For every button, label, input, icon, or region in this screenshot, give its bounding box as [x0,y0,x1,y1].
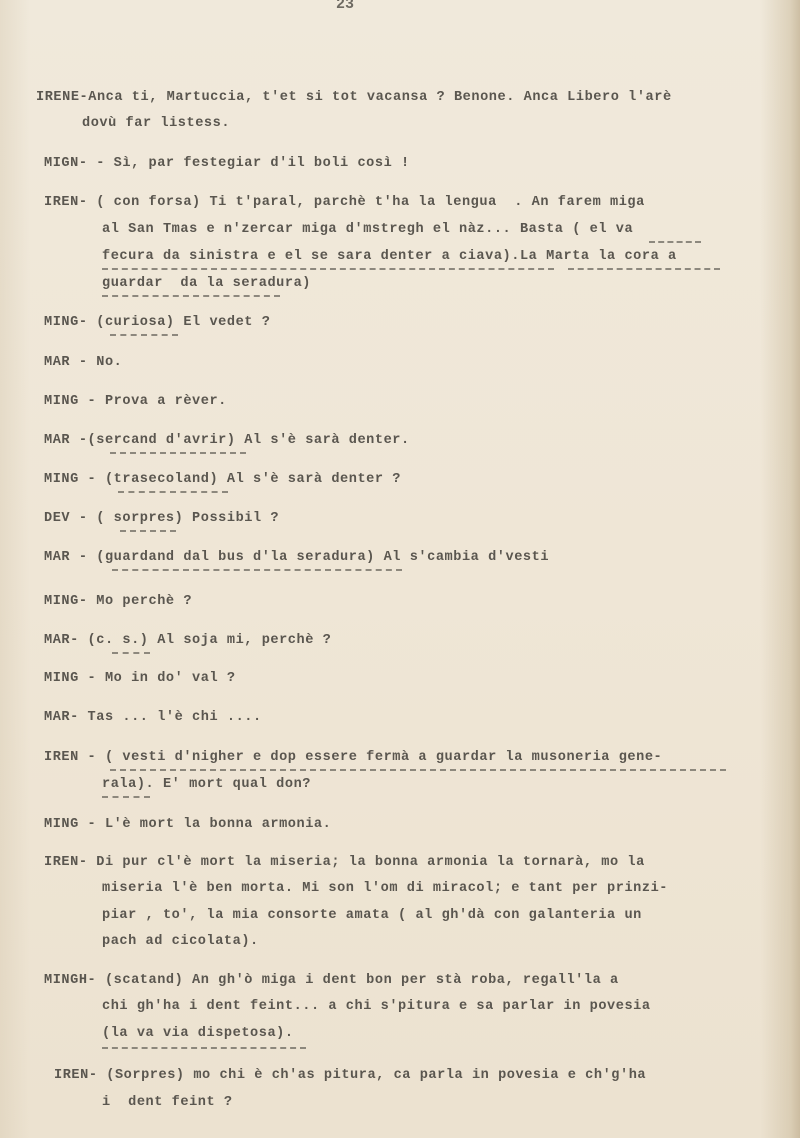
underline [649,241,701,243]
underline [102,1047,306,1049]
script-line: chi gh'ha i dent feint... a chi s'pitura… [102,999,651,1015]
script-line: MAR - (guardand dal bus d'la seradura) A… [44,550,549,566]
script-line: IRENE-Anca ti, Martuccia, t'et si tot va… [36,90,672,106]
script-line: fecura da sinistra e el se sara denter a… [102,249,677,265]
script-line: MING - L'è mort la bonna armonia. [44,817,331,833]
script-line: rala). E' mort qual don? [102,777,311,793]
script-line: IREN- ( con forsa) Ti t'paral, parchè t'… [44,195,645,211]
script-line: DEV - ( sorpres) Possibil ? [44,511,279,527]
page-number: 23 [336,0,354,13]
script-line: MIGN- - Sì, par festegiar d'il boli così… [44,156,410,172]
script-line: MAR- Tas ... l'è chi .... [44,710,262,726]
underline [102,295,280,297]
underline [118,491,228,493]
script-line: dovù far listess. [82,116,230,132]
script-line: IREN - ( vesti d'nigher e dop essere fer… [44,750,662,766]
script-line: miseria l'è ben morta. Mi son l'om di mi… [102,881,668,897]
script-line: al San Tmas e n'zercar miga d'mstregh el… [102,222,633,238]
script-line: MING- (curiosa) El vedet ? [44,315,270,331]
underline [112,569,402,571]
script-line: MING- Mo perchè ? [44,594,192,610]
script-line: IREN- Di pur cl'è mort la miseria; la bo… [44,855,645,871]
script-line: (la va via dispetosa). [102,1026,294,1042]
script-line: MAR -(sercand d'avrir) Al s'è sarà dente… [44,433,410,449]
underline [568,268,720,270]
underline [120,530,176,532]
underline [112,652,150,654]
script-line: guardar da la seradura) [102,276,311,292]
script-line: MING - Mo in do' val ? [44,671,236,687]
script-line: IREN- (Sorpres) mo chi è ch'as pitura, c… [54,1068,646,1084]
underline [110,334,178,336]
script-line: pach ad cicolata). [102,934,259,950]
underline [110,452,246,454]
script-line: i dent feint ? [102,1095,233,1111]
script-line: MAR- (c. s.) Al soja mi, perchè ? [44,633,331,649]
script-line: MING - Prova a rèver. [44,394,227,410]
script-line: MINGH- (scatand) An gh'ò miga i dent bon… [44,973,619,989]
underline [110,769,726,771]
underline [102,796,150,798]
script-line: piar , to', la mia consorte amata ( al g… [102,908,642,924]
underline [102,268,554,270]
script-line: MAR - No. [44,355,122,371]
script-line: MING - (trasecoland) Al s'è sarà denter … [44,472,401,488]
